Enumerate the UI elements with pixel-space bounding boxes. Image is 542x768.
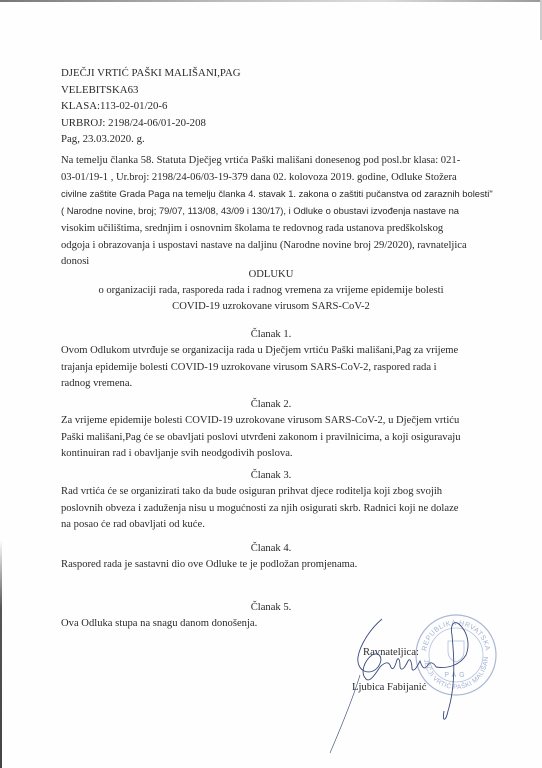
article-line: na posao će rad obavljati od kuće. xyxy=(61,517,509,534)
institution-name: DJEČJI VRTIĆ PAŠKI MALIŠANI,PAG xyxy=(61,65,241,82)
article-line: Raspored rada je sastavni dio ove Odluke… xyxy=(61,557,509,574)
place-date: Pag, 23.03.2020. g. xyxy=(61,131,241,148)
institution-address: VELEBITSKA63 xyxy=(61,82,241,99)
article-line: trajanja epidemije bolesti COVID-19 uzro… xyxy=(61,360,509,377)
article-line: Ovom Odlukom utvrđuje se organizacija ra… xyxy=(61,343,509,360)
article-line: Rad vrtića će se organizirati tako da bu… xyxy=(61,484,509,501)
preamble: Na temelju članka 58. Statuta Dječjeg vr… xyxy=(61,153,509,271)
preamble-line-part: ( Narodne novine, broj; 79/07, 113/08, 4… xyxy=(61,205,459,216)
preamble-line: visokim učilištima, srednjim i osnovnim … xyxy=(61,221,509,238)
article-3-heading: Članak 3. xyxy=(0,468,542,485)
handwritten-signature xyxy=(320,615,480,755)
article-3-body: Rad vrtića će se organizirati tako da bu… xyxy=(61,484,509,534)
preamble-line: odgoja i obrazovanja i uspostavi nastave… xyxy=(61,238,509,255)
decision-heading: ODLUKU xyxy=(0,267,542,284)
klasa-number: KLASA:113-02-01/20-6 xyxy=(61,98,241,115)
article-line: Za vrijeme epidemije bolesti COVID-19 uz… xyxy=(61,413,509,430)
article-2-heading: Članak 2. xyxy=(0,397,542,414)
article-line: kontinuiran rad i obavljanje svih neodgo… xyxy=(61,446,509,463)
preamble-line: Na temelju članka 58. Statuta Dječjeg vr… xyxy=(61,153,509,170)
article-4-heading: Članak 4. xyxy=(0,541,542,558)
letterhead: DJEČJI VRTIĆ PAŠKI MALIŠANI,PAG VELEBITS… xyxy=(61,65,241,148)
article-2-body: Za vrijeme epidemije bolesti COVID-19 uz… xyxy=(61,413,509,463)
decision-subtitle-2: COVID-19 uzrokovane virusom SARS-CoV-2 xyxy=(0,299,542,316)
preamble-line: 03-01/19-1 , Ur.broj: 2198/24-06/03-19-3… xyxy=(61,170,509,187)
urbroj-number: URBROJ: 2198/24-06/01-20-208 xyxy=(61,115,241,132)
article-line: Paški mališani,Pag će se obavljati poslo… xyxy=(61,430,509,447)
article-1-body: Ovom Odlukom utvrđuje se organizacija ra… xyxy=(61,343,509,393)
document-page: DJEČJI VRTIĆ PAŠKI MALIŠANI,PAG VELEBITS… xyxy=(0,0,542,768)
article-line: radnog vremena. xyxy=(61,376,509,393)
preamble-line: ( Narodne novine, broj; 79/07, 113/08, 4… xyxy=(61,203,509,221)
article-4-body: Raspored rada je sastavni dio ove Odluke… xyxy=(61,557,509,574)
article-1-heading: Članak 1. xyxy=(0,327,542,344)
preamble-line: civilne zaštite Grada Paga na temelju čl… xyxy=(61,186,509,203)
decision-subtitle-1: o organizaciji rada, rasporeda rada i ra… xyxy=(0,283,542,300)
article-line: poslovnih obveza i zaduženja nisu u mogu… xyxy=(61,501,509,518)
